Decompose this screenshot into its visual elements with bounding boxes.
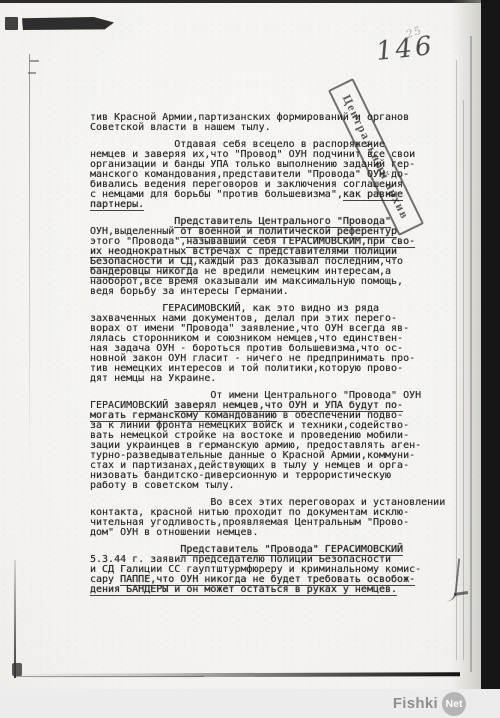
text-line: работу в советском тылу. [90,481,445,491]
text-line: дения БАНДЕРЫ и он может остаться в рука… [90,585,445,595]
scan-edge-top [0,0,500,3]
paper-fold-line [14,560,16,678]
paragraph: Отдавая себя всецело в распоряжениенемце… [90,140,445,210]
paragraph: ГЕРАСИМОВСКИЙ, как это видно из рядазахв… [90,304,445,384]
paragraph: Представитель "Провода" ГЕРАСИМОВСКИЙ5.3… [90,545,445,595]
paragraph: Во всех этих переговорах и установлениик… [90,498,445,538]
text-line: партнеры. [90,200,445,210]
scan-edge-bottom [14,676,204,677]
ink-mark [12,663,22,676]
ink-speck [28,72,36,74]
paragraph: От имени Центрального "Провода" ОУНГЕРАС… [90,391,445,491]
text-line: ведя борьбу за интересы Германии. [90,287,445,297]
paper-fold-line [29,54,30,472]
ink-mark [5,17,18,30]
text-line: дом" ОУН в отношении немцев. [90,528,445,538]
text-line: Советской власти в нашем тылу. [90,123,445,133]
paper-crease-line [470,36,472,672]
watermark-bar: Fishki Net [0,689,500,718]
text-line: дят немцы на Украине. [90,374,445,384]
page-number-handwritten: 146 [375,31,436,67]
typewritten-text: тив Красной Армии,партизанских формирова… [90,113,445,602]
document-page: 146 25 Центральный архив тив Красной Арм… [0,0,500,689]
paragraph: тив Красной Армии,партизанских формирова… [90,113,445,133]
fishki-watermark-text: Fishki [393,695,438,712]
paragraph: Представитель Центрального "Провода"ОУН,… [90,217,445,297]
fishki-watermark-badge: Net [442,692,466,716]
paper-crease-line [463,100,464,660]
scan-edge-right [481,0,500,689]
ink-mark [22,17,114,30]
ink-speck [30,60,39,62]
